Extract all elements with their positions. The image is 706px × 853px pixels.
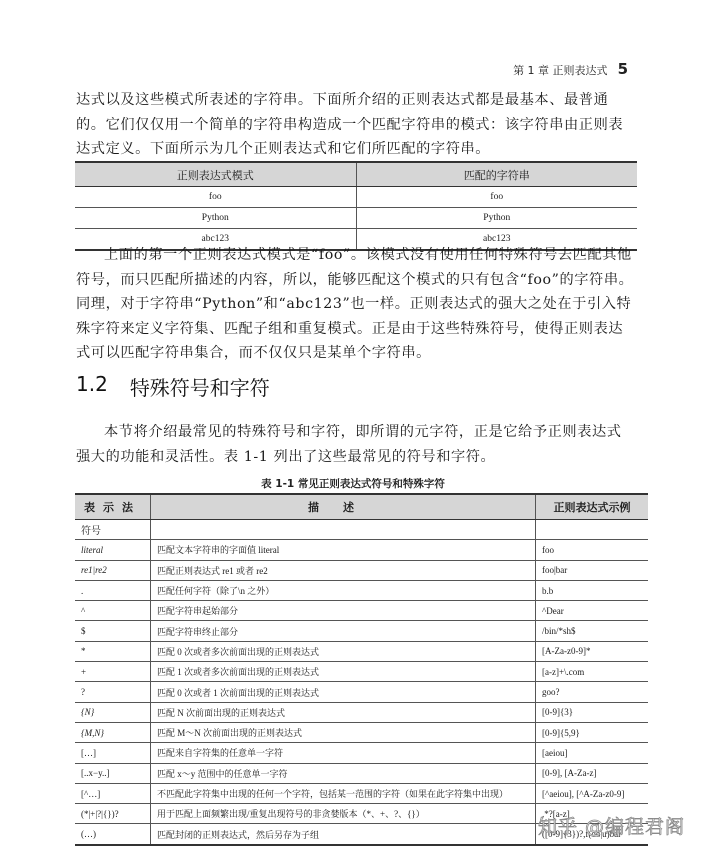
table-row: ^ 匹配字符串起始部分 ^Dear xyxy=(75,601,648,621)
notation-cell: (*|+|?|{})? xyxy=(75,804,151,824)
notation-cell: literal xyxy=(75,540,151,560)
notation-cell: {M,N} xyxy=(75,722,151,742)
example-cell: b.b xyxy=(536,580,649,600)
empty-cell xyxy=(536,520,649,540)
watermark: 知乎 @编程君阁 xyxy=(538,812,685,839)
example-cell: [0-9]{3} xyxy=(536,702,649,722)
notation-cell: (…) xyxy=(75,824,151,845)
notation-cell: ^ xyxy=(75,601,151,621)
example-cell: [0-9]{5,9} xyxy=(536,722,649,742)
description-cell: 匹配 1 次或者多次前面出现的正则表达式 xyxy=(151,662,536,682)
table-header-row: 表示法 描述 正则表达式示例 xyxy=(75,494,648,520)
description-cell: 匹配任何字符（除了\n 之外） xyxy=(151,580,536,600)
match-cell: Python xyxy=(356,208,637,229)
description-cell: 匹配封闭的正则表达式，然后另存为子组 xyxy=(151,824,536,845)
example-cell: [A-Za-z0-9]* xyxy=(536,641,649,661)
table-row: ? 匹配 0 次或者 1 次前面出现的正则表达式 goo? xyxy=(75,682,648,702)
notation-cell: [^…] xyxy=(75,783,151,803)
description-cell: 匹配 0 次或者 1 次前面出现的正则表达式 xyxy=(151,682,536,702)
notation-cell: ? xyxy=(75,682,151,702)
example-cell: foo|bar xyxy=(536,560,649,580)
match-cell: foo xyxy=(356,187,637,208)
section-paragraph: 本节将介绍最常见的特殊符号和字符，即所谓的元字符，正是它给予正则表达式强大的功能… xyxy=(76,420,636,469)
table-header-row: 正则表达式模式 匹配的字符串 xyxy=(75,162,637,187)
table-row: re1|re2 匹配正则表达式 re1 或者 re2 foo|bar xyxy=(75,560,648,580)
description-cell: 匹配 0 次或者多次前面出现的正则表达式 xyxy=(151,641,536,661)
table-row: […] 匹配来自字符集的任意单一字符 [aeiou] xyxy=(75,743,648,763)
column-header-description: 描述 xyxy=(151,494,536,520)
description-cell: 匹配 M～N 次前面出现的正则表达式 xyxy=(151,722,536,742)
description-cell: 匹配正则表达式 re1 或者 re2 xyxy=(151,560,536,580)
section-number: 1.2 xyxy=(76,372,108,401)
example-cell: goo? xyxy=(536,682,649,702)
example-cell: [a-z]+\.com xyxy=(536,662,649,682)
table-row: Python Python xyxy=(75,208,637,229)
notation-cell: re1|re2 xyxy=(75,560,151,580)
intro-paragraph: 达式以及这些模式所表述的字符串。下面所介绍的正则表达式都是最基本、最普通的。它们… xyxy=(76,88,636,162)
table-row: foo foo xyxy=(75,187,637,208)
notation-cell: […] xyxy=(75,743,151,763)
empty-cell xyxy=(151,520,536,540)
description-cell: 匹配 N 次前面出现的正则表达式 xyxy=(151,702,536,722)
description-cell: 匹配来自字符集的任意单一字符 xyxy=(151,743,536,763)
column-header: 匹配的字符串 xyxy=(356,162,637,187)
simple-pattern-table: 正则表达式模式 匹配的字符串 foo foo Python Python abc… xyxy=(75,161,637,251)
category-label: 符号 xyxy=(75,520,151,540)
description-cell: 匹配字符串终止部分 xyxy=(151,621,536,641)
description-cell: 不匹配此字符集中出现的任何一个字符，包括某一范围的字符（如果在此字符集中出现） xyxy=(151,783,536,803)
pattern-cell: foo xyxy=(75,187,356,208)
column-header-notation: 表示法 xyxy=(75,494,151,520)
table-row: $ 匹配字符串终止部分 /bin/*sh$ xyxy=(75,621,648,641)
notation-cell: * xyxy=(75,641,151,661)
notation-cell: {N} xyxy=(75,702,151,722)
section-heading: 1.2 特殊符号和字符 xyxy=(76,372,270,401)
example-cell: [0-9], [A-Za-z] xyxy=(536,763,649,783)
table-row: . 匹配任何字符（除了\n 之外） b.b xyxy=(75,580,648,600)
description-cell: 匹配 x～y 范围中的任意单一字符 xyxy=(151,763,536,783)
table-row: * 匹配 0 次或者多次前面出现的正则表达式 [A-Za-z0-9]* xyxy=(75,641,648,661)
notation-cell: . xyxy=(75,580,151,600)
description-cell: 用于匹配上面频繁出现/重复出现符号的非贪婪版本（*、+、?、{}） xyxy=(151,804,536,824)
chapter-title: 第 1 章 正则表达式 xyxy=(513,62,608,78)
table-row: literal 匹配文本字符串的字面值 literal foo xyxy=(75,540,648,560)
notation-cell: [..x−y..] xyxy=(75,763,151,783)
description-cell: 匹配字符串起始部分 xyxy=(151,601,536,621)
example-cell: [^aeiou], [^A-Za-z0-9] xyxy=(536,783,649,803)
column-header-example: 正则表达式示例 xyxy=(536,494,649,520)
category-row: 符号 xyxy=(75,520,648,540)
pattern-cell: Python xyxy=(75,208,356,229)
symbol-table: 表示法 描述 正则表达式示例 符号 literal 匹配文本字符串的字面值 li… xyxy=(75,493,648,846)
table-caption: 表 1-1 常见正则表达式符号和特殊字符 xyxy=(0,476,706,491)
notation-cell: + xyxy=(75,662,151,682)
notation-cell: $ xyxy=(75,621,151,641)
table-row: + 匹配 1 次或者多次前面出现的正则表达式 [a-z]+\.com xyxy=(75,662,648,682)
example-cell: ^Dear xyxy=(536,601,649,621)
explanation-paragraph: 上面的第一个正则表达式模式是“foo”。该模式没有使用任何特殊符号去匹配其他符号… xyxy=(76,243,636,366)
table-row: {N} 匹配 N 次前面出现的正则表达式 [0-9]{3} xyxy=(75,702,648,722)
table-row: {M,N} 匹配 M～N 次前面出现的正则表达式 [0-9]{5,9} xyxy=(75,722,648,742)
example-cell: foo xyxy=(536,540,649,560)
example-cell: /bin/*sh$ xyxy=(536,621,649,641)
page-number: 5 xyxy=(618,60,628,78)
table-row: [^…] 不匹配此字符集中出现的任何一个字符，包括某一范围的字符（如果在此字符集… xyxy=(75,783,648,803)
description-cell: 匹配文本字符串的字面值 literal xyxy=(151,540,536,560)
table-row: [..x−y..] 匹配 x～y 范围中的任意单一字符 [0-9], [A-Za… xyxy=(75,763,648,783)
running-head: 第 1 章 正则表达式 5 xyxy=(513,60,628,78)
example-cell: [aeiou] xyxy=(536,743,649,763)
column-header: 正则表达式模式 xyxy=(75,162,356,187)
section-title: 特殊符号和字符 xyxy=(130,372,270,401)
